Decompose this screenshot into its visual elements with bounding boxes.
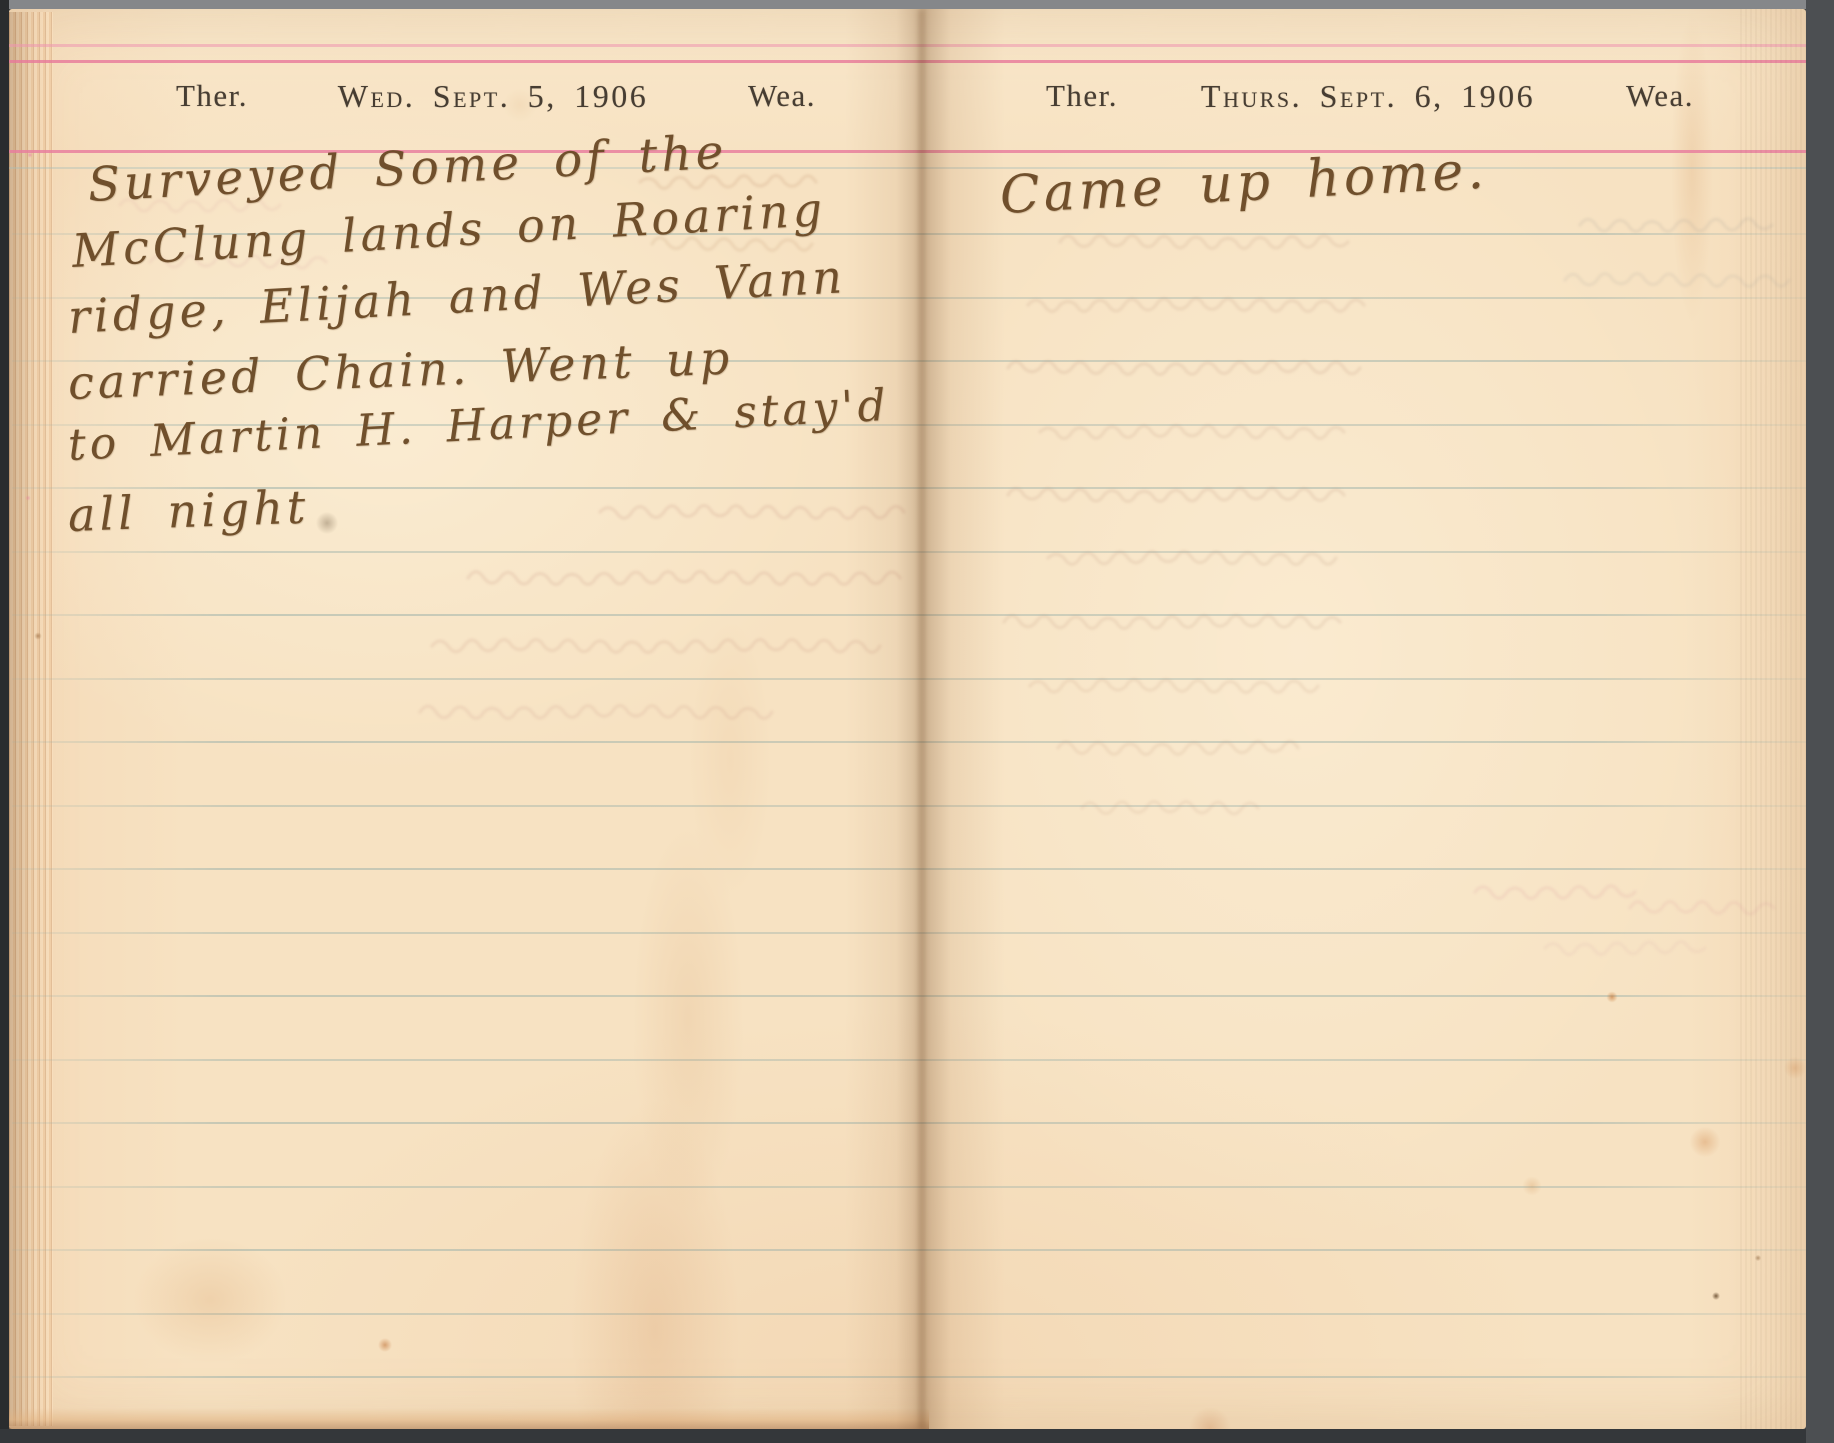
gutter-shadow <box>845 9 1005 1429</box>
ther-label-right: Ther. <box>1046 78 1118 114</box>
scan-frame-top <box>0 0 1834 9</box>
wea-label-left: Wea. <box>748 78 816 114</box>
date-label-left: Wed. Sept. 5, 1906 <box>338 78 648 115</box>
paper-texture <box>1740 9 1806 1429</box>
entry-line: all night <box>67 480 310 542</box>
diary-scan: Ther. Wed. Sept. 5, 1906 Wea. Ther. Thur… <box>0 0 1834 1443</box>
scan-frame-bottom <box>0 1429 1834 1443</box>
scan-frame-left <box>0 0 9 1443</box>
ther-label-left: Ther. <box>176 78 248 114</box>
wea-label-right: Wea. <box>1626 78 1694 114</box>
date-label-right: Thurs. Sept. 6, 1906 <box>1201 78 1535 115</box>
scan-frame-right <box>1806 0 1834 1443</box>
